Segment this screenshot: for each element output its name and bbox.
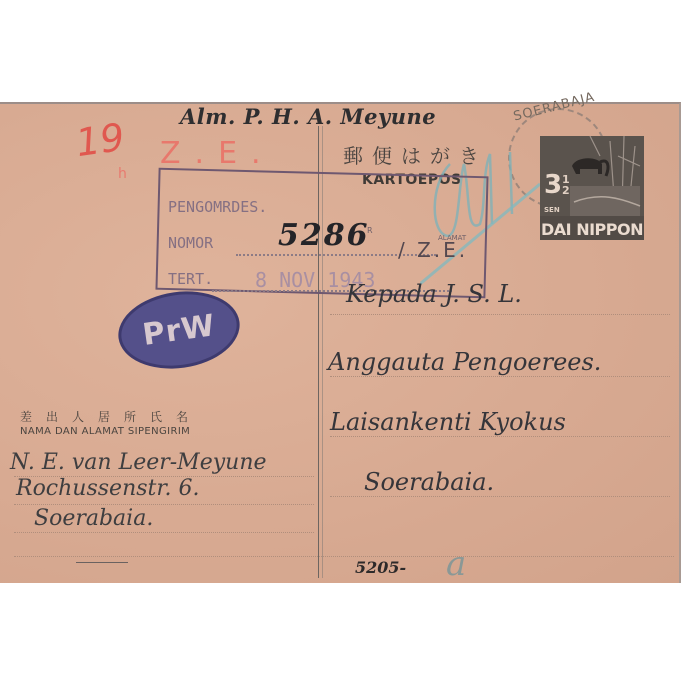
recipient-line-1 bbox=[330, 314, 670, 315]
recipient-line-office: Laisankenti Kyokus bbox=[330, 408, 566, 436]
postage-stamp: 3 12 SEN DAI NIPPON bbox=[540, 136, 644, 240]
fraction-bottom: 2 bbox=[562, 184, 570, 197]
censor-stamp-title: PENGOMRDES. bbox=[168, 198, 267, 216]
censor-code: / Z.E. bbox=[398, 238, 468, 262]
stamp-unit: SEN bbox=[544, 206, 560, 214]
recipient-line-3 bbox=[330, 436, 670, 437]
top-handwritten-name: Alm. P. H. A. Meyune bbox=[180, 104, 436, 129]
sender-street: Rochussenstr. 6. bbox=[16, 476, 199, 501]
stamp-value: 3 bbox=[544, 172, 562, 198]
bottom-line bbox=[14, 556, 674, 557]
censor-small-mark: R bbox=[367, 226, 373, 235]
red-mark-code: Z.E. bbox=[160, 136, 275, 171]
recipient-line-title: Anggauta Pengoerees. bbox=[328, 348, 601, 376]
sender-city: Soerabaia. bbox=[34, 506, 153, 531]
red-mark-sub: h bbox=[118, 166, 127, 182]
sender-label-japanese: 差出人居所氏名 bbox=[20, 408, 202, 425]
stamp-fraction: 12 bbox=[562, 174, 570, 196]
recipient-line-2 bbox=[330, 376, 670, 377]
recipient-line-city: Soerabaia. bbox=[364, 468, 494, 496]
prw-stamp-text: PrW bbox=[140, 308, 217, 353]
stamp-country: DAI NIPPON bbox=[540, 220, 644, 239]
postcard: SOERABAJA Alm. P. H. A. Meyune 19 h Z.E.… bbox=[0, 102, 681, 583]
pencil-letter: a bbox=[446, 544, 466, 584]
sender-line-2 bbox=[14, 504, 314, 505]
censor-number: 5286 bbox=[278, 218, 370, 253]
censor-stamp-nomor-label: NOMOR bbox=[168, 234, 213, 252]
reference-number: 5205- bbox=[355, 558, 406, 577]
sender-label: NAMA DAN ALAMAT SIPENGIRIM bbox=[20, 426, 190, 437]
sender-name: N. E. van Leer-Meyune bbox=[10, 450, 267, 475]
sender-line-3 bbox=[14, 532, 314, 533]
recipient-line-kepada: Kepada J. S. L. bbox=[346, 280, 522, 308]
recipient-line-4 bbox=[330, 496, 670, 497]
sender-underline bbox=[76, 562, 128, 563]
prw-oval-stamp: PrW bbox=[113, 284, 244, 376]
censor-stamp-tert-label: TERT. bbox=[168, 270, 213, 288]
red-mark-number: 19 bbox=[73, 115, 127, 165]
